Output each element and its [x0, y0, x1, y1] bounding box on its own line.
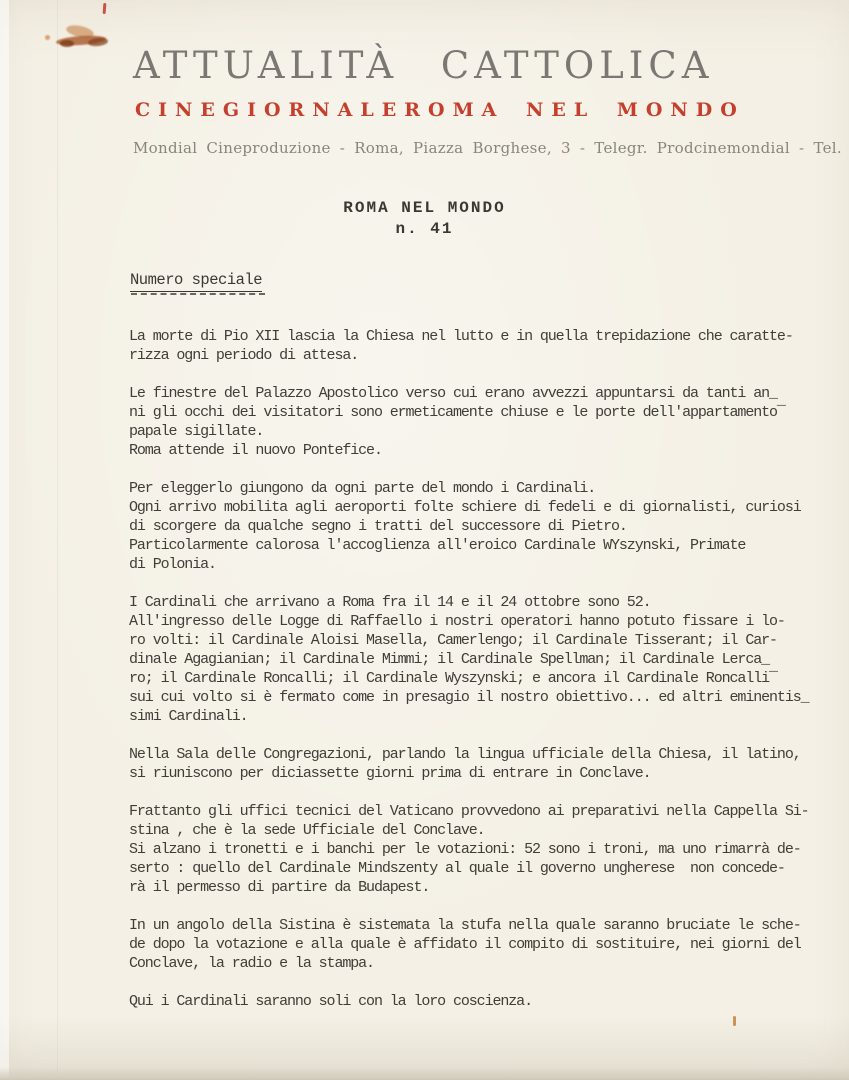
document-title-text: ROMA NEL MONDO [0, 198, 849, 219]
document-issue-number: n. 41 [0, 219, 849, 240]
rust-stain-icon [45, 35, 50, 40]
paragraph: I Cardinali che arrivano a Roma fra il 1… [129, 593, 829, 726]
letterhead-address: Mondial Cineproduzione - Roma, Piazza Bo… [133, 139, 849, 157]
letterhead-title: ATTUALITÀ CATTOLICA [133, 44, 719, 87]
rust-stain-icon [88, 37, 109, 47]
rust-stain-icon [60, 40, 74, 47]
letterhead-subtitle-right: ROMA NEL MONDO [404, 99, 745, 121]
paragraph: Nella Sala delle Congregazioni, parlando… [129, 745, 829, 783]
paragraph: Frattanto gli uffici tecnici del Vatican… [129, 802, 829, 897]
paragraph: La morte di Pio XII lascia la Chiesa nel… [129, 327, 829, 365]
document-body: La morte di Pio XII lascia la Chiesa nel… [129, 327, 829, 1030]
fold-crease-line [57, 0, 59, 1080]
letterhead-subtitle: CINEGIORNALE ROMA NEL MONDO [135, 99, 719, 121]
section-label-wrap: Numero speciale [130, 271, 262, 292]
paragraph: Le finestre del Palazzo Apostolico verso… [129, 384, 829, 460]
paragraph: Per eleggerlo giungono da ogni parte del… [129, 479, 829, 574]
letterhead-subtitle-left: CINEGIORNALE [135, 99, 404, 121]
scan-bottom-edge [0, 1067, 849, 1080]
section-label: Numero speciale [130, 271, 262, 292]
scanned-document-page: ATTUALITÀ CATTOLICA CINEGIORNALE ROMA NE… [0, 0, 849, 1080]
paragraph: Qui i Cardinali saranno soli con la loro… [129, 992, 829, 1011]
document-title: ROMA NEL MONDO n. 41 [0, 198, 849, 240]
paragraph: In un angolo della Sistina è sistemata l… [129, 916, 829, 973]
red-ink-mark-icon [103, 3, 107, 14]
scan-left-edge [0, 0, 9, 1080]
